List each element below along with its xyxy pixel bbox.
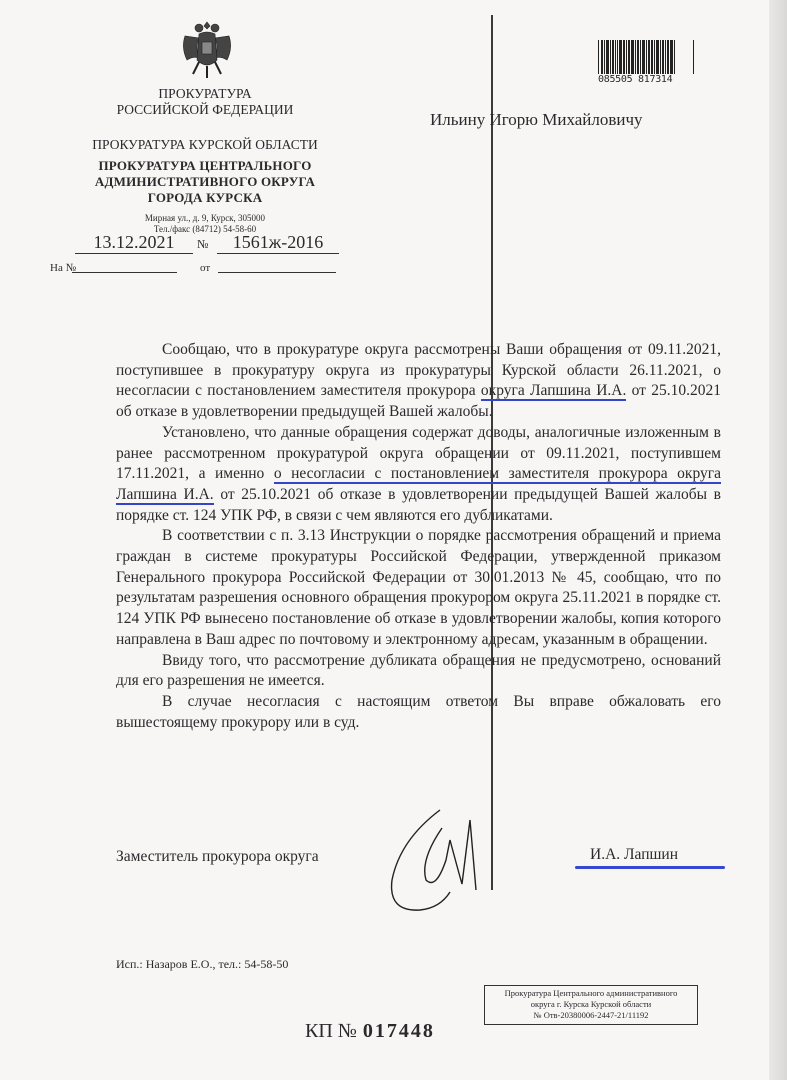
district-office: ПРОКУРАТУРА ЦЕНТРАЛЬНОГО АДМИНИСТРАТИВНО… <box>70 158 340 206</box>
paragraph-3: В соответствии с п. 3.13 Инструкции о по… <box>116 526 721 650</box>
signer-role: Заместитель прокурора округа <box>116 848 319 866</box>
ref-date-blank <box>218 272 336 273</box>
barcode: 085505 817314 <box>598 40 694 86</box>
form-serial-label: КП № <box>305 1020 357 1042</box>
outgoing-number: 1561ж-2016 <box>217 232 339 254</box>
stamp-line1: Прокуратура Центрального административно… <box>485 988 697 999</box>
executor-info: Исп.: Назаров Е.О., тел.: 54-58-50 <box>116 957 288 972</box>
office-line3: ГОРОДА КУРСКА <box>70 190 340 206</box>
registration-line: 13.12.2021 № 1561ж-2016 <box>75 232 345 254</box>
form-serial-number: 017448 <box>363 1020 435 1042</box>
letterhead-line2: РОССИЙСКОЙ ФЕДЕРАЦИИ <box>90 102 320 118</box>
recipient-name: Ильину Игорю Михайловичу <box>430 110 643 130</box>
ref-date-label: от <box>200 262 210 274</box>
outgoing-date: 13.12.2021 <box>75 232 193 254</box>
pen-underline <box>575 866 725 869</box>
form-serial: КП №017448 <box>305 1020 435 1043</box>
registration-stamp: Прокуратура Центрального административно… <box>484 985 698 1025</box>
regional-office: ПРОКУРАТУРА КУРСКОЙ ОБЛАСТИ <box>90 137 320 153</box>
letterhead-title: ПРОКУРАТУРА РОССИЙСКОЙ ФЕДЕРАЦИИ <box>90 86 320 118</box>
paragraph-1: Сообщаю, что в прокуратуре округа рассмо… <box>116 340 721 423</box>
paragraph-5: В случае несогласия с настоящим ответом … <box>116 692 721 733</box>
number-sign: № <box>197 237 208 252</box>
paragraph-4: Ввиду того, что рассмотрение дубликата о… <box>116 651 721 692</box>
reference-line: На № от <box>50 262 340 278</box>
handwritten-signature-icon <box>380 800 490 920</box>
signer-name: И.А. Лапшин <box>590 846 678 864</box>
office-line2: АДМИНИСТРАТИВНОГО ОКРУГА <box>70 174 340 190</box>
office-address: Мирная ул., д. 9, Курск, 305000 <box>90 213 320 224</box>
ref-number-blank <box>72 272 177 273</box>
paragraph-2: Установлено, что данные обращения содерж… <box>116 423 721 527</box>
office-line1: ПРОКУРАТУРА ЦЕНТРАЛЬНОГО <box>70 158 340 174</box>
stamp-line2: округа г. Курска Курской области <box>485 999 697 1010</box>
barcode-number: 085505 817314 <box>598 74 694 86</box>
russian-coat-of-arms-icon <box>177 16 237 82</box>
letter-body: Сообщаю, что в прокуратуре округа рассмо… <box>116 340 721 733</box>
scan-edge <box>769 0 787 1080</box>
stamp-line3: № Отв-20380006-2447-21/11192 <box>485 1010 697 1021</box>
letterhead-line1: ПРОКУРАТУРА <box>90 86 320 102</box>
p1-underlined: округа Лапшина И.А. <box>481 382 626 401</box>
barcode-bars <box>598 40 694 74</box>
